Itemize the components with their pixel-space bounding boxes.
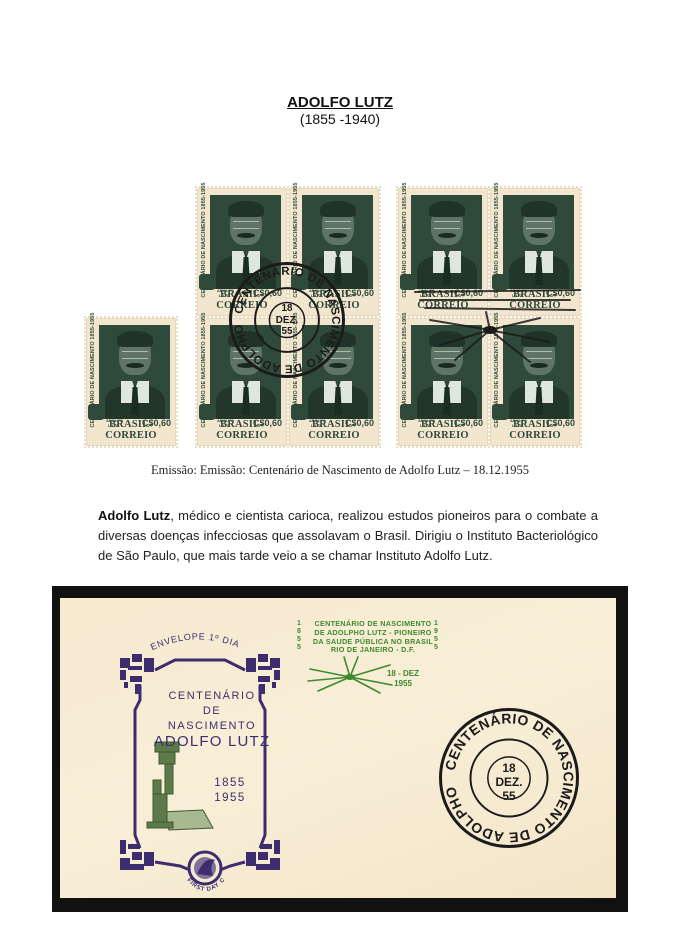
cachet-line-4: ADOLFO LUTZ	[130, 733, 294, 750]
description-text: , médico e cientista carioca, realizou e…	[98, 508, 598, 563]
svg-text:ENVELOPE 1º DIA: ENVELOPE 1º DIA	[149, 631, 241, 652]
postmark-year: 55	[442, 789, 576, 803]
portrait-mustache	[126, 363, 144, 368]
page-title: ADOLFO LUTZ	[0, 94, 680, 111]
cachet-year-1: 1855	[200, 777, 260, 789]
issue-caption: Emissão: Emissão: Centenário de Nascimen…	[0, 463, 680, 478]
microscope-emblem-icon	[291, 404, 307, 420]
portrait-glasses	[434, 221, 460, 229]
postmark-day: 18	[442, 761, 576, 775]
portrait-mustache	[438, 233, 456, 238]
portrait-hair	[521, 201, 557, 217]
green-cancel-date: 18 - DEZ 1955	[383, 669, 423, 689]
postmark-month: DEZ.	[442, 775, 576, 789]
portrait-frame	[99, 325, 170, 419]
portrait-glasses	[233, 221, 259, 229]
stamp-side-text: CENTENÁRIO DE NASCIMENTO 1855-1955	[199, 194, 209, 286]
postmark-day: 18	[232, 303, 342, 315]
green-cancel-date-line-2: 1955	[383, 679, 423, 689]
microscope-emblem-icon	[400, 404, 416, 420]
stamp-country: BRASIL-CORREIO	[398, 419, 488, 441]
postmark-block: CENTENÁRIO DE NASCIMENTO DE ADOLPHO LUTZ…	[229, 262, 345, 378]
portrait-mustache	[530, 233, 548, 238]
postmark-envelope: CENTENÁRIO DE NASCIMENTO DE ADOLPHO LUTZ…	[439, 708, 579, 848]
postmark-month: DEZ.	[232, 315, 342, 327]
portrait-hair	[429, 201, 465, 217]
stamp-side-text: CENTENÁRIO DE NASCIMENTO 1855-1955	[199, 324, 209, 416]
green-cancel-year-right: 1955	[434, 620, 440, 652]
green-cancel-text: CENTENÁRIO DE NASCIMENTO DE ADOLPHO LUTZ…	[303, 620, 443, 655]
stamp-country: BRASIL-CORREIO	[490, 419, 580, 441]
green-cancel-line-4: RIO DE JANEIRO - D.F.	[303, 646, 443, 655]
green-cancel-date-line-1: 18 - DEZ	[383, 669, 423, 679]
microscope-emblem-icon	[492, 404, 508, 420]
stamp-country: BRASIL-CORREIO	[86, 419, 176, 441]
cachet-line-2: DE	[137, 705, 287, 717]
stamp-country: BRASIL-CORREIO	[289, 419, 379, 441]
envelope-label: ENVELOPE 1º DIA	[149, 631, 241, 652]
description-lead: Adolfo Lutz	[98, 508, 170, 523]
portrait-hair	[117, 331, 153, 347]
cachet-ornament-frame: ENVELOPE 1º DIA FIRST DAY COVER	[95, 630, 305, 900]
life-dates: (1855 -1940)	[0, 111, 680, 127]
portrait-hair	[228, 201, 264, 217]
stamp-side-text: CENTENÁRIO DE NASCIMENTO 1855-1955	[88, 324, 98, 416]
portrait-glasses	[325, 221, 351, 229]
portrait-glasses	[526, 221, 552, 229]
microscope-emblem-icon	[88, 404, 104, 420]
portrait-hair	[320, 201, 356, 217]
portrait-mustache	[329, 233, 347, 238]
single-stamp: CENTENÁRIO DE NASCIMENTO 1855-1955ADOLFO…	[86, 318, 176, 446]
portrait-mustache	[237, 233, 255, 238]
description-paragraph: Adolfo Lutz, médico e cientista carioca,…	[98, 506, 598, 566]
microscope-emblem-icon	[199, 274, 215, 290]
stamp-country: BRASIL-CORREIO	[197, 419, 287, 441]
postmark-year: 55	[232, 326, 342, 338]
cachet-line-1: CENTENÁRIO	[137, 690, 287, 702]
block-right-cancel	[400, 270, 600, 390]
cachet-year-2: 1955	[200, 792, 260, 804]
microscope-emblem-icon	[199, 404, 215, 420]
cachet-line-3: NASCIMENTO	[137, 720, 287, 732]
portrait-glasses	[122, 351, 148, 359]
